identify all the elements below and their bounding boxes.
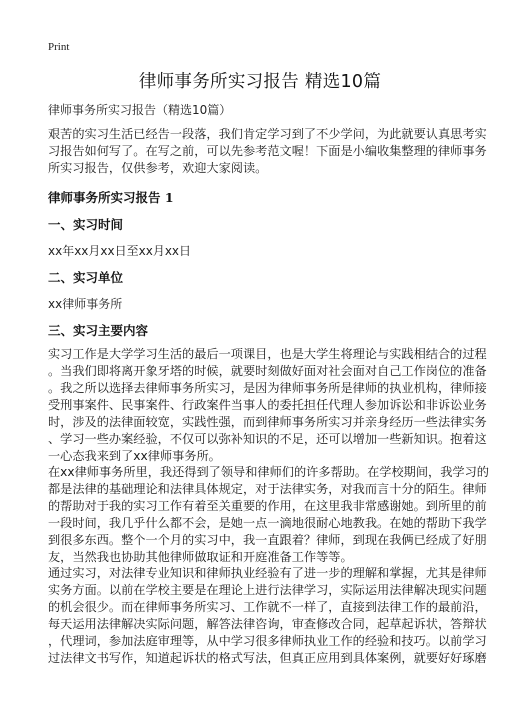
paragraph-line: 的帮助对于我的实习工作有着至关重要的作用，在这里我非常感谢她。到所里的前	[48, 498, 472, 515]
report-heading: 律师事务所实习报告 1	[48, 188, 174, 206]
body-paragraph-1: 实习工作是大学学习生活的最后一项课目，也是大学生将理论与实践相结合的过程 。当我…	[48, 346, 472, 465]
section-content-time: xx年xx月xx日至xx月xx日	[48, 242, 191, 259]
paragraph-line: 。当我们即将离开象牙塔的时候，就要时刻做好面对社会面对自己工作岗位的准备	[48, 363, 472, 380]
body-paragraph-2: 在xx律师事务所里，我还得到了领导和律师们的许多帮助。在学校期间，我学习的 都是…	[48, 464, 472, 566]
intro-paragraph: 艰苦的实习生活已经告一段落，我们肯定学习到了不少学问，为此就要认真思考实 习报告…	[48, 126, 472, 177]
paragraph-line: 艰苦的实习生活已经告一段落，我们肯定学习到了不少学问，为此就要认真思考实	[48, 126, 472, 143]
document-title: 律师事务所实习报告 精选10篇	[48, 68, 472, 93]
paragraph-line: 在xx律师事务所里，我还得到了领导和律师们的许多帮助。在学校期间，我学习的	[48, 464, 472, 481]
paragraph-line: ，代理词，参加法庭审理等，从中学习很多律师执业工作的经验和技巧。以前学习	[48, 633, 472, 650]
section-heading-content: 三、实习主要内容	[48, 321, 148, 339]
paragraph-line: 友，当然我也协助其他律师做取证和开庭准备工作等等。	[48, 549, 472, 566]
paragraph-line: 都是法律的基础理论和法律具体规定，对于法律实务，对我而言十分的陌生。律师	[48, 481, 472, 498]
section-heading-unit: 二、实习单位	[48, 268, 123, 286]
paragraph-line: 过法律文书写作，知道起诉状的格式写法，但真正应用到具体案例，就要好好琢磨	[48, 650, 472, 667]
document-subtitle: 律师事务所实习报告（精选10篇）	[48, 101, 231, 118]
section-content-unit: xx律师事务所	[48, 295, 122, 312]
paragraph-line: 通过实习，对法律专业知识和律师执业经验有了进一步的理解和掌握，尤其是律师	[48, 565, 472, 582]
paragraph-line: 一段时间，我几乎什么都不会，是她一点一滴地很耐心地教我。在她的帮助下我学	[48, 515, 472, 532]
paragraph-line: 时，涉及的法律面较宽，实践性强，而到律师事务所实习并亲身经历一些法律实务	[48, 414, 472, 431]
paragraph-line: 的机会很少。而在律师事务所实习、工作就不一样了，直接到法律工作的最前沿，	[48, 599, 472, 616]
paragraph-line: 到很多东西。整个一个月的实习中，我一直跟着？律师，到现在我俩已经成了好朋	[48, 532, 472, 549]
paragraph-line: 、学习一些办案经验，不仅可以弥补知识的不足，还可以增加一些新知识。抱着这	[48, 431, 472, 448]
paragraph-line: 每天运用法律解决实际问题，解答法律咨询，审查修改合同，起草起诉状，答辩状	[48, 616, 472, 633]
paragraph-line: 习报告如何写了。在写之前，可以先参考范文喔！下面是小编收集整理的律师事务	[48, 143, 472, 160]
paragraph-line: 。我之所以选择去律师事务所实习，是因为律师事务所是律师的执业机构，律师接	[48, 380, 472, 397]
paragraph-line: 实习工作是大学学习生活的最后一项课目，也是大学生将理论与实践相结合的过程	[48, 346, 472, 363]
paragraph-line: 受刑事案件、民事案件、行政案件当事人的委托担任代理人参加诉讼和非诉讼业务	[48, 397, 472, 414]
paragraph-line: 所实习报告，仅供参考，欢迎大家阅读。	[48, 160, 472, 177]
body-paragraph-3: 通过实习，对法律专业知识和律师执业经验有了进一步的理解和掌握，尤其是律师 实务方…	[48, 565, 472, 667]
section-heading-time: 一、实习时间	[48, 215, 123, 233]
paragraph-line: 实务方面。以前在学校主要是在理论上进行法律学习，实际运用法律解决现实问题	[48, 582, 472, 599]
paragraph-line: 一心态我来到了xx律师事务所。	[48, 448, 472, 465]
print-label: Print	[48, 41, 69, 53]
